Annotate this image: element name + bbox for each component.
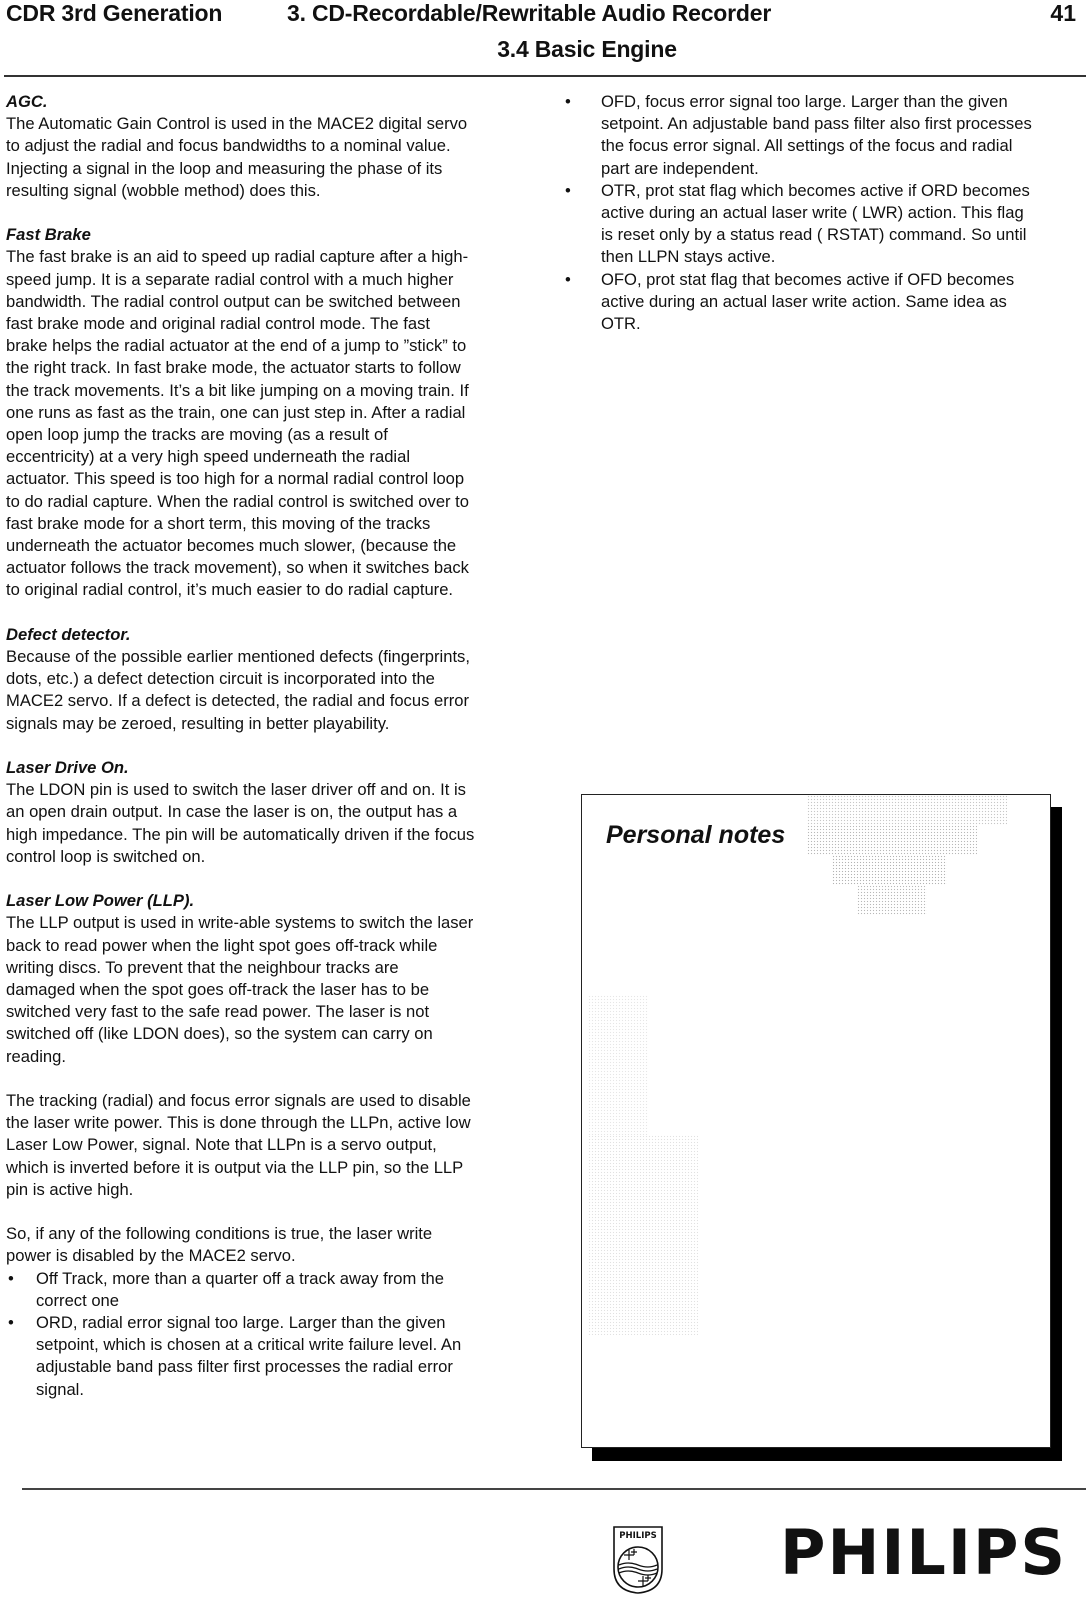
list-item: •Off Track, more than a quarter off a tr… bbox=[6, 1268, 546, 1312]
document-title: CDR 3rd Generation bbox=[6, 0, 222, 27]
tracking-paragraph: The tracking (radial) and focus error si… bbox=[6, 1090, 546, 1201]
list-item-text: Off Track, more than a quarter off a tra… bbox=[36, 1269, 444, 1310]
list-item-text: OTR, prot stat flag which becomes active… bbox=[601, 181, 1030, 267]
section-defect-detector: Defect detector. Because of the possible… bbox=[6, 624, 546, 735]
header-divider bbox=[4, 75, 1086, 77]
footer-divider bbox=[22, 1488, 1086, 1490]
tracking-paragraph-block: The tracking (radial) and focus error si… bbox=[6, 1090, 546, 1201]
section-body: The LDON pin is used to switch the laser… bbox=[6, 779, 546, 868]
bullet-icon: • bbox=[8, 1268, 14, 1290]
scan-noise-decoration bbox=[588, 995, 648, 1135]
section-laser-low-power: Laser Low Power (LLP). The LLP output is… bbox=[6, 890, 546, 1068]
bullet-icon: • bbox=[8, 1312, 14, 1334]
scan-noise-decoration bbox=[832, 855, 947, 885]
section-fast-brake: Fast Brake The fast brake is an aid to s… bbox=[6, 224, 546, 601]
page-number: 41 bbox=[1050, 0, 1076, 27]
notes-title: Personal notes bbox=[606, 821, 785, 850]
section-heading: AGC. bbox=[6, 91, 546, 113]
scan-noise-decoration bbox=[807, 795, 1007, 825]
list-item-text: ORD, radial error signal too large. Larg… bbox=[36, 1313, 461, 1399]
list-item: •OTR, prot stat flag which becomes activ… bbox=[575, 180, 1086, 269]
right-column: •OFD, focus error signal too large. Larg… bbox=[575, 91, 1086, 335]
list-item: •OFD, focus error signal too large. Larg… bbox=[575, 91, 1086, 180]
section-agc: AGC. The Automatic Gain Control is used … bbox=[6, 91, 546, 202]
list-item: •OFO, prot stat flag that becomes active… bbox=[575, 269, 1086, 336]
section-laser-drive-on: Laser Drive On. The LDON pin is used to … bbox=[6, 757, 546, 868]
section-heading: Defect detector. bbox=[6, 624, 546, 646]
left-column: AGC. The Automatic Gain Control is used … bbox=[6, 91, 546, 1401]
section-heading: Laser Drive On. bbox=[6, 757, 546, 779]
flags-list: •OFD, focus error signal too large. Larg… bbox=[575, 91, 1086, 335]
bullet-icon: • bbox=[565, 269, 571, 291]
conditions-block: So, if any of the following conditions i… bbox=[6, 1223, 546, 1401]
bullet-icon: • bbox=[565, 91, 571, 113]
philips-wordmark: PHILIPS bbox=[780, 1518, 1067, 1588]
section-body: Because of the possible earlier mentione… bbox=[6, 646, 546, 735]
conditions-list: •Off Track, more than a quarter off a tr… bbox=[6, 1268, 546, 1401]
section-heading: Laser Low Power (LLP). bbox=[6, 890, 546, 912]
emblem-label: PHILIPS bbox=[619, 1531, 656, 1541]
section-title: 3.4 Basic Engine bbox=[0, 36, 1086, 63]
list-item-text: OFD, focus error signal too large. Large… bbox=[601, 92, 1032, 178]
bullet-icon: • bbox=[565, 180, 571, 202]
scan-noise-decoration bbox=[807, 825, 977, 855]
chapter-title: 3. CD-Recordable/Rewritable Audio Record… bbox=[287, 0, 771, 27]
personal-notes-box: Personal notes bbox=[581, 794, 1051, 1448]
philips-shield-icon: PHILIPS bbox=[612, 1525, 664, 1595]
list-item-text: OFO, prot stat flag that becomes active … bbox=[601, 270, 1014, 333]
scan-noise-decoration bbox=[857, 885, 927, 915]
section-body: The Automatic Gain Control is used in th… bbox=[6, 113, 546, 202]
section-body: The LLP output is used in write-able sys… bbox=[6, 912, 546, 1067]
section-heading: Fast Brake bbox=[6, 224, 546, 246]
section-body: The fast brake is an aid to speed up rad… bbox=[6, 246, 546, 601]
list-item: •ORD, radial error signal too large. Lar… bbox=[6, 1312, 546, 1401]
scan-noise-decoration bbox=[588, 1135, 698, 1335]
conditions-paragraph: So, if any of the following conditions i… bbox=[6, 1223, 546, 1267]
